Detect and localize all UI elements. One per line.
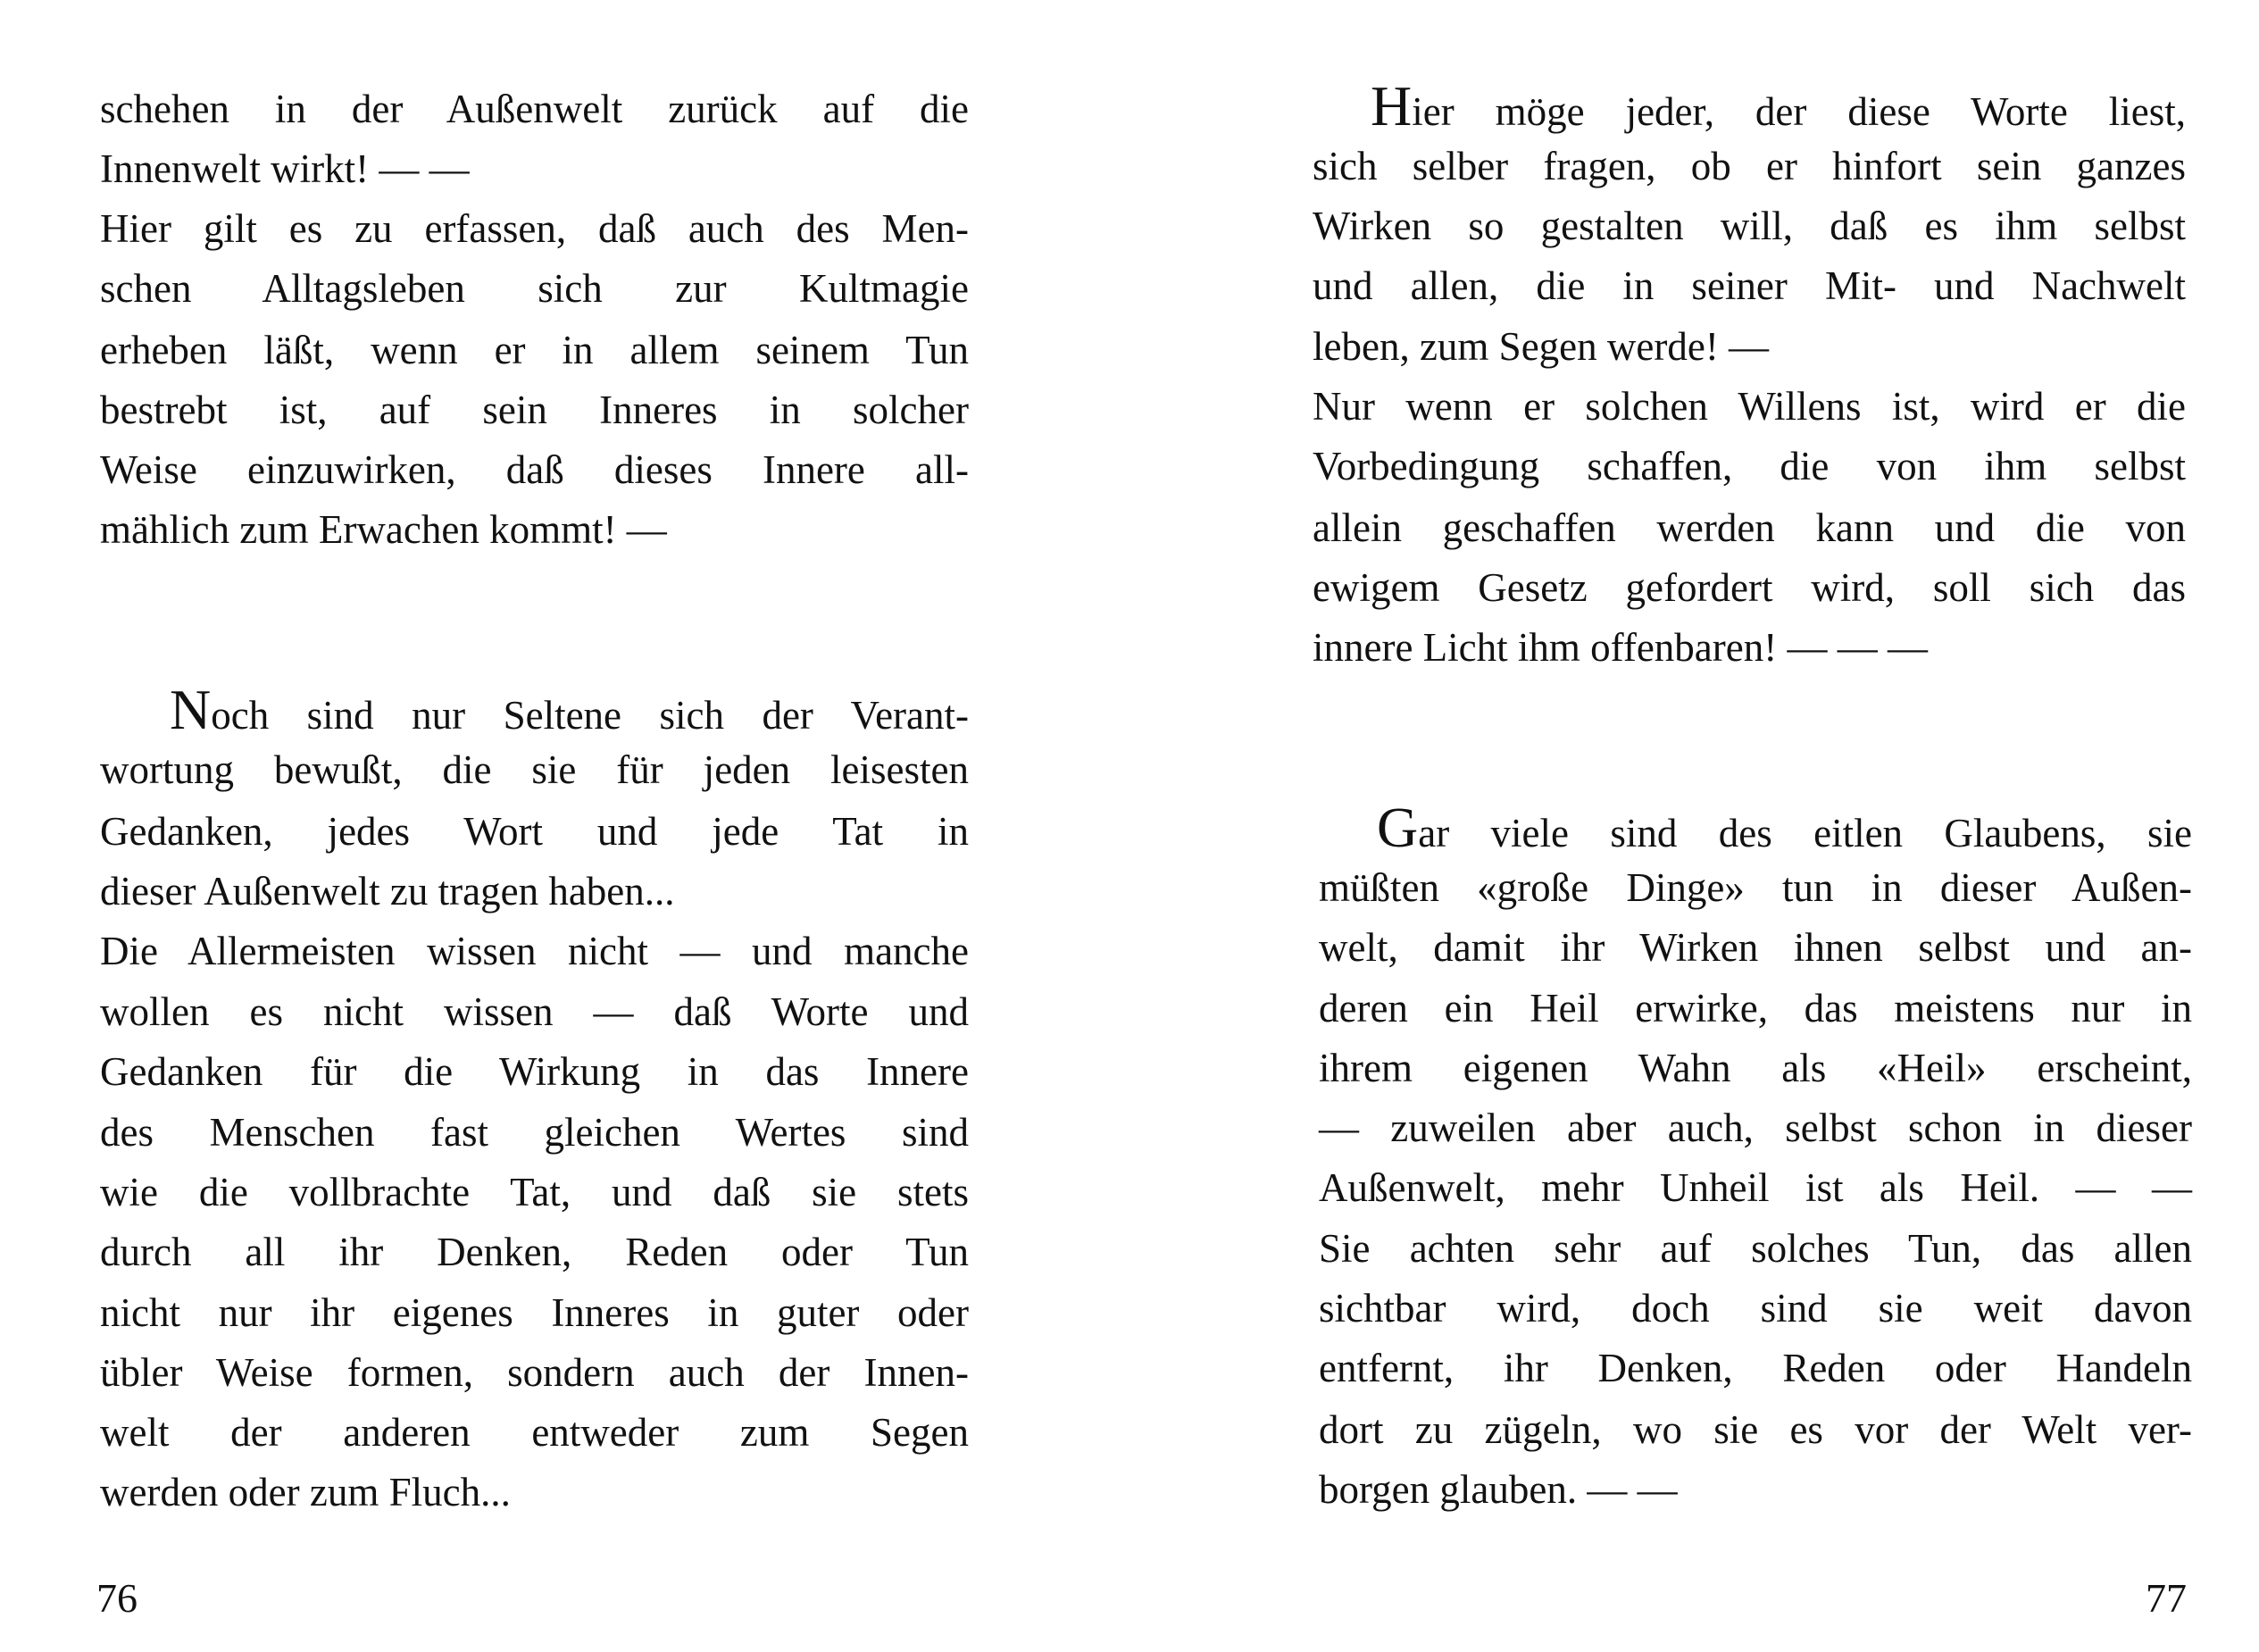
text-line: dort zu zügeln, wo sie es vor der Welt v… <box>1319 1403 2192 1456</box>
text-line: mählich zum Erwachen kommt! — <box>100 503 969 556</box>
left-page: schehen in der Außenwelt zurück auf die … <box>0 0 1129 1652</box>
text-line: übler Weise formen, sondern auch der Inn… <box>100 1346 969 1399</box>
right-page: H ier möge jeder, der diese Worte liest,… <box>1129 0 2259 1652</box>
text-line: schen Alltagsleben sich zur Kultmagie <box>100 262 969 315</box>
text-line: und allen, die in seiner Mit- und Nachwe… <box>1313 259 2186 313</box>
text-line: wie die vollbrachte Tat, und daß sie ste… <box>100 1165 969 1219</box>
text-line: dieser Außenwelt zu tragen haben... <box>100 864 969 918</box>
text-line-first: H ier möge jeder, der diese Worte liest, <box>1371 79 2186 133</box>
text-line: Hier gilt es zu erfassen, daß auch des M… <box>100 202 969 255</box>
text-line: erheben läßt, wenn er in allem seinem Tu… <box>100 323 969 377</box>
text-line: deren ein Heil erwirke, das meistens nur… <box>1319 981 2192 1035</box>
text-line: innere Licht ihm offenbaren! — — — <box>1313 621 2186 674</box>
text-line: des Menschen fast gleichen Wertes sind <box>100 1106 969 1159</box>
text-line: Gedanken, jedes Wort und jede Tat in <box>100 805 969 858</box>
text-line: ewigem Gesetz gefordert wird, soll sich … <box>1313 561 2186 614</box>
text-line: Sie achten sehr auf solches Tun, das all… <box>1319 1222 2192 1275</box>
text-line: wollen es nicht wissen — daß Worte und <box>100 985 969 1039</box>
text-line: welt der anderen entweder zum Segen <box>100 1406 969 1459</box>
text-line: Außenwelt, mehr Unheil ist als Heil. — — <box>1319 1161 2192 1214</box>
text-line-first: G ar viele sind des eitlen Glaubens, sie <box>1377 801 2192 855</box>
text-line: Vorbedingung schaffen, die von ihm selbs… <box>1313 439 2186 493</box>
text-line: sichtbar wird, doch sind sie weit davon <box>1319 1281 2192 1335</box>
text-line: durch all ihr Denken, Reden oder Tun <box>100 1225 969 1279</box>
text-line: müßten «große Dinge» tun in dieser Außen… <box>1319 861 2192 914</box>
text-line: Innenwelt wirkt! — — <box>100 142 969 196</box>
text-line: welt, damit ihr Wirken ihnen selbst und … <box>1319 921 2192 974</box>
text-line: entfernt, ihr Denken, Reden oder Handeln <box>1319 1341 2192 1395</box>
text-line: Wirken so gestalten will, daß es ihm sel… <box>1313 199 2186 253</box>
text-line: wortung bewußt, die sie für jeden leises… <box>100 743 969 797</box>
text-line: bestrebt ist, auf sein Inneres in solche… <box>100 383 969 437</box>
text-line: borgen glauben. — — <box>1319 1463 2192 1516</box>
text-line: sich selber fragen, ob er hinfort sein g… <box>1313 139 2186 193</box>
text-line: Die Allermeisten wissen nicht — und manc… <box>100 924 969 978</box>
text-line: werden oder zum Fluch... <box>100 1465 969 1519</box>
text-line: — zuweilen aber auch, selbst schon in di… <box>1319 1101 2192 1155</box>
initial-letter: G <box>1377 801 1418 855</box>
initial-letter: H <box>1371 79 1412 133</box>
text-line: Gedanken für die Wirkung in das Innere <box>100 1045 969 1098</box>
text-line-rest: och sind nur Seltene sich der Verant- <box>211 688 969 742</box>
text-line-first: N och sind nur Seltene sich der Verant- <box>170 683 969 737</box>
page-number: 77 <box>2146 1572 2187 1625</box>
text-line: schehen in der Außenwelt zurück auf die <box>100 82 969 136</box>
text-line-rest: ier möge jeder, der diese Worte liest, <box>1412 85 2186 138</box>
text-line: nicht nur ihr eigenes Inneres in guter o… <box>100 1286 969 1339</box>
initial-letter: N <box>170 683 211 737</box>
text-line: ihrem eigenen Wahn als «Heil» erscheint, <box>1319 1041 2192 1095</box>
text-line: allein geschaffen werden kann und die vo… <box>1313 501 2186 555</box>
text-line: leben, zum Segen werde! — <box>1313 320 2186 373</box>
text-line-rest: ar viele sind des eitlen Glaubens, sie <box>1418 806 2192 860</box>
text-line: Weise einzuwirken, daß dieses Innere all… <box>100 443 969 496</box>
page-number: 76 <box>96 1572 138 1625</box>
text-line: Nur wenn er solchen Willens ist, wird er… <box>1313 380 2186 433</box>
